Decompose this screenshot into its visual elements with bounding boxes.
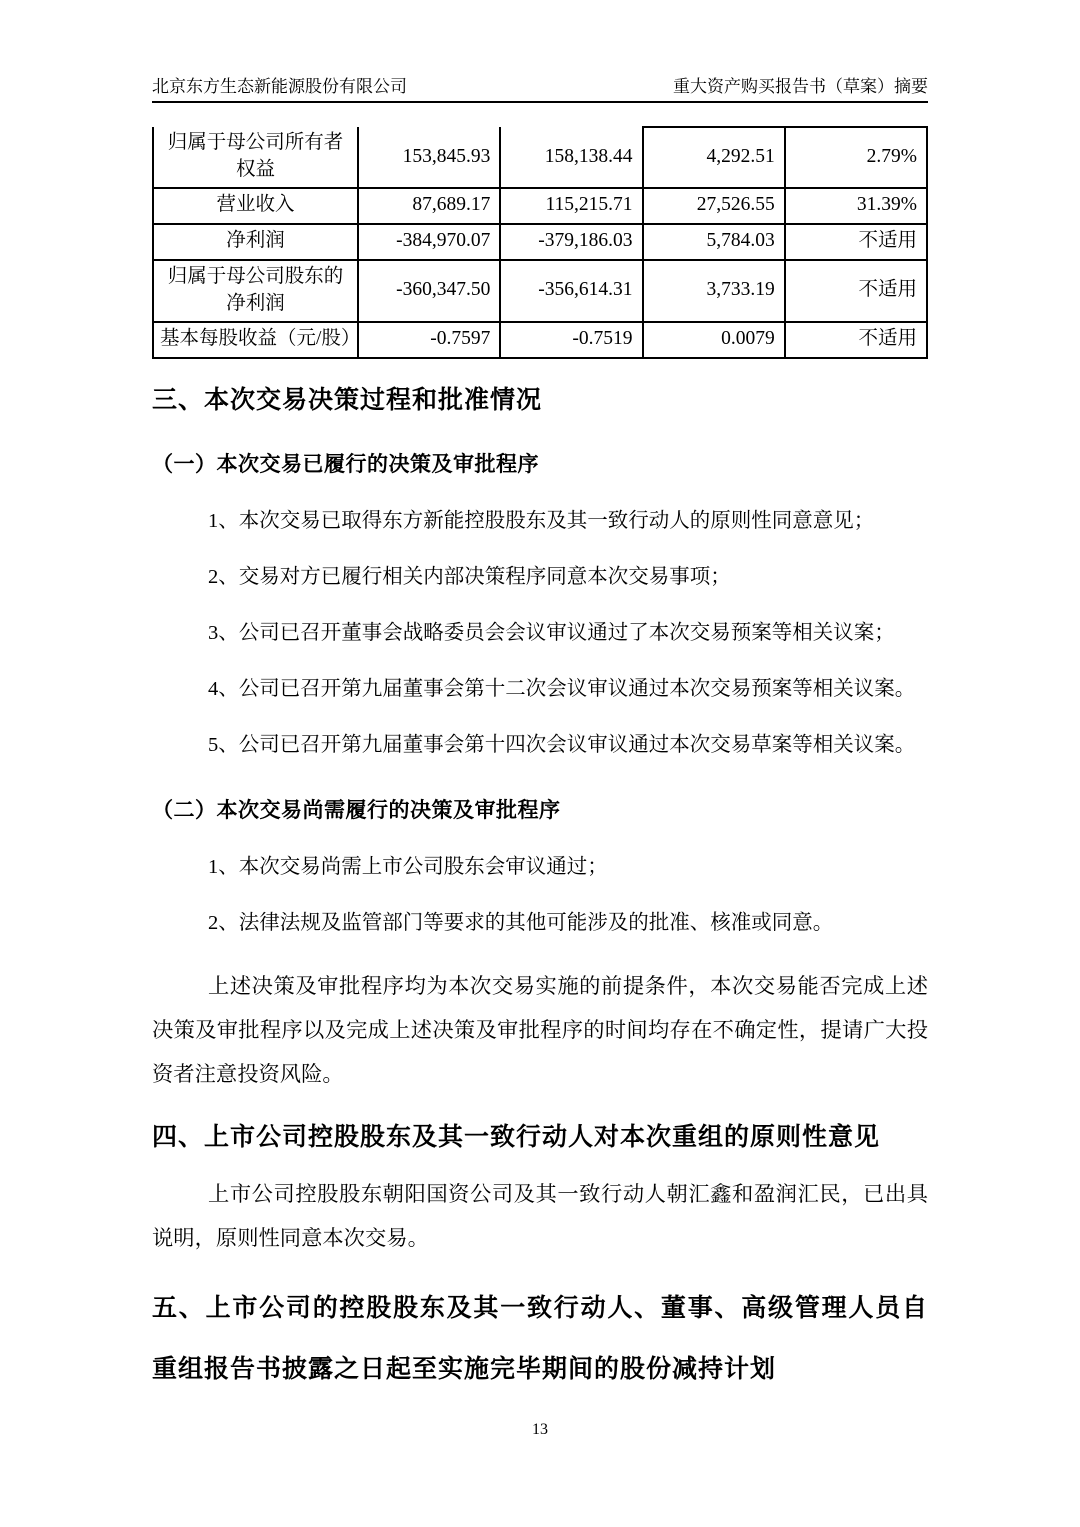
row-label: 归属于母公司所有者权益 [153,127,358,188]
cell-value: 3,733.19 [643,260,785,322]
section-4-paragraph: 上市公司控股股东朝阳国资公司及其一致行动人朝汇鑫和盈润汇民，已出具说明，原则性同… [152,1172,928,1260]
cell-value: 115,215.71 [500,188,642,224]
section-3-sub-2-heading: （二）本次交易尚需履行的决策及审批程序 [152,798,928,824]
cell-value: 158,138.44 [500,127,642,188]
header-company-name: 北京东方生态新能源股份有限公司 [152,76,407,98]
cell-value: 0.0079 [643,322,785,358]
row-label: 营业收入 [153,188,358,224]
risk-note-paragraph: 上述决策及审批程序均为本次交易实施的前提条件，本次交易能否完成上述决策及审批程序… [152,964,928,1096]
table-row-eps: 基本每股收益（元/股） -0.7597 -0.7519 0.0079 不适用 [153,322,927,358]
cell-value: 不适用 [785,260,927,322]
cell-value: 不适用 [785,224,927,260]
cell-value: 27,526.55 [643,188,785,224]
document-page: 北京东方生态新能源股份有限公司 重大资产购买报告书（草案）摘要 归属于母公司所有… [0,0,1080,1527]
cell-value: 2.79% [785,127,927,188]
list-item-4: 4、公司已召开第九届董事会第十二次会议审议通过本次交易预案等相关议案。 [152,674,928,706]
table-row-parent-net-profit: 归属于母公司股东的净利润 -360,347.50 -356,614.31 3,7… [153,260,927,322]
cell-value: -356,614.31 [500,260,642,322]
financial-summary-table: 归属于母公司所有者权益 153,845.93 158,138.44 4,292.… [152,126,928,359]
section-5-heading: 五、上市公司的控股股东及其一致行动人、董事、高级管理人员自重组报告书披露之日起至… [152,1278,928,1401]
cell-value: -0.7519 [500,322,642,358]
list-item-2: 2、交易对方已履行相关内部决策程序同意本次交易事项； [152,562,928,594]
list-item-5: 5、公司已召开第九届董事会第十四次会议审议通过本次交易草案等相关议案。 [152,730,928,762]
row-label: 基本每股收益（元/股） [153,322,358,358]
section-3-sub-1-heading: （一）本次交易已履行的决策及审批程序 [152,452,928,478]
list-item-3: 3、公司已召开董事会战略委员会会议审议通过了本次交易预案等相关议案； [152,618,928,650]
header-doc-title: 重大资产购买报告书（草案）摘要 [673,76,928,98]
cell-value: 4,292.51 [643,127,785,188]
list-item-1: 1、本次交易尚需上市公司股东会审议通过； [152,852,928,884]
row-label: 净利润 [153,224,358,260]
cell-value: -384,970.07 [358,224,500,260]
list-item-1: 1、本次交易已取得东方新能控股股东及其一致行动人的原则性同意意见； [152,506,928,538]
table-row-equity: 归属于母公司所有者权益 153,845.93 158,138.44 4,292.… [153,127,927,188]
cell-value: -360,347.50 [358,260,500,322]
page-header: 北京东方生态新能源股份有限公司 重大资产购买报告书（草案）摘要 [152,76,928,103]
cell-value: 87,689.17 [358,188,500,224]
cell-value: 31.39% [785,188,927,224]
cell-value: 5,784.03 [643,224,785,260]
cell-value: 153,845.93 [358,127,500,188]
cell-value: -0.7597 [358,322,500,358]
table-row-net-profit: 净利润 -384,970.07 -379,186.03 5,784.03 不适用 [153,224,927,260]
page-number: 13 [0,1421,1080,1439]
cell-value: 不适用 [785,322,927,358]
row-label: 归属于母公司股东的净利润 [153,260,358,322]
cell-value: -379,186.03 [500,224,642,260]
section-3-heading: 三、本次交易决策过程和批准情况 [152,385,928,416]
section-4-heading: 四、上市公司控股股东及其一致行动人对本次重组的原则性意见 [152,1122,928,1153]
table-row-revenue: 营业收入 87,689.17 115,215.71 27,526.55 31.3… [153,188,927,224]
list-item-2: 2、法律法规及监管部门等要求的其他可能涉及的批准、核准或同意。 [152,908,928,940]
